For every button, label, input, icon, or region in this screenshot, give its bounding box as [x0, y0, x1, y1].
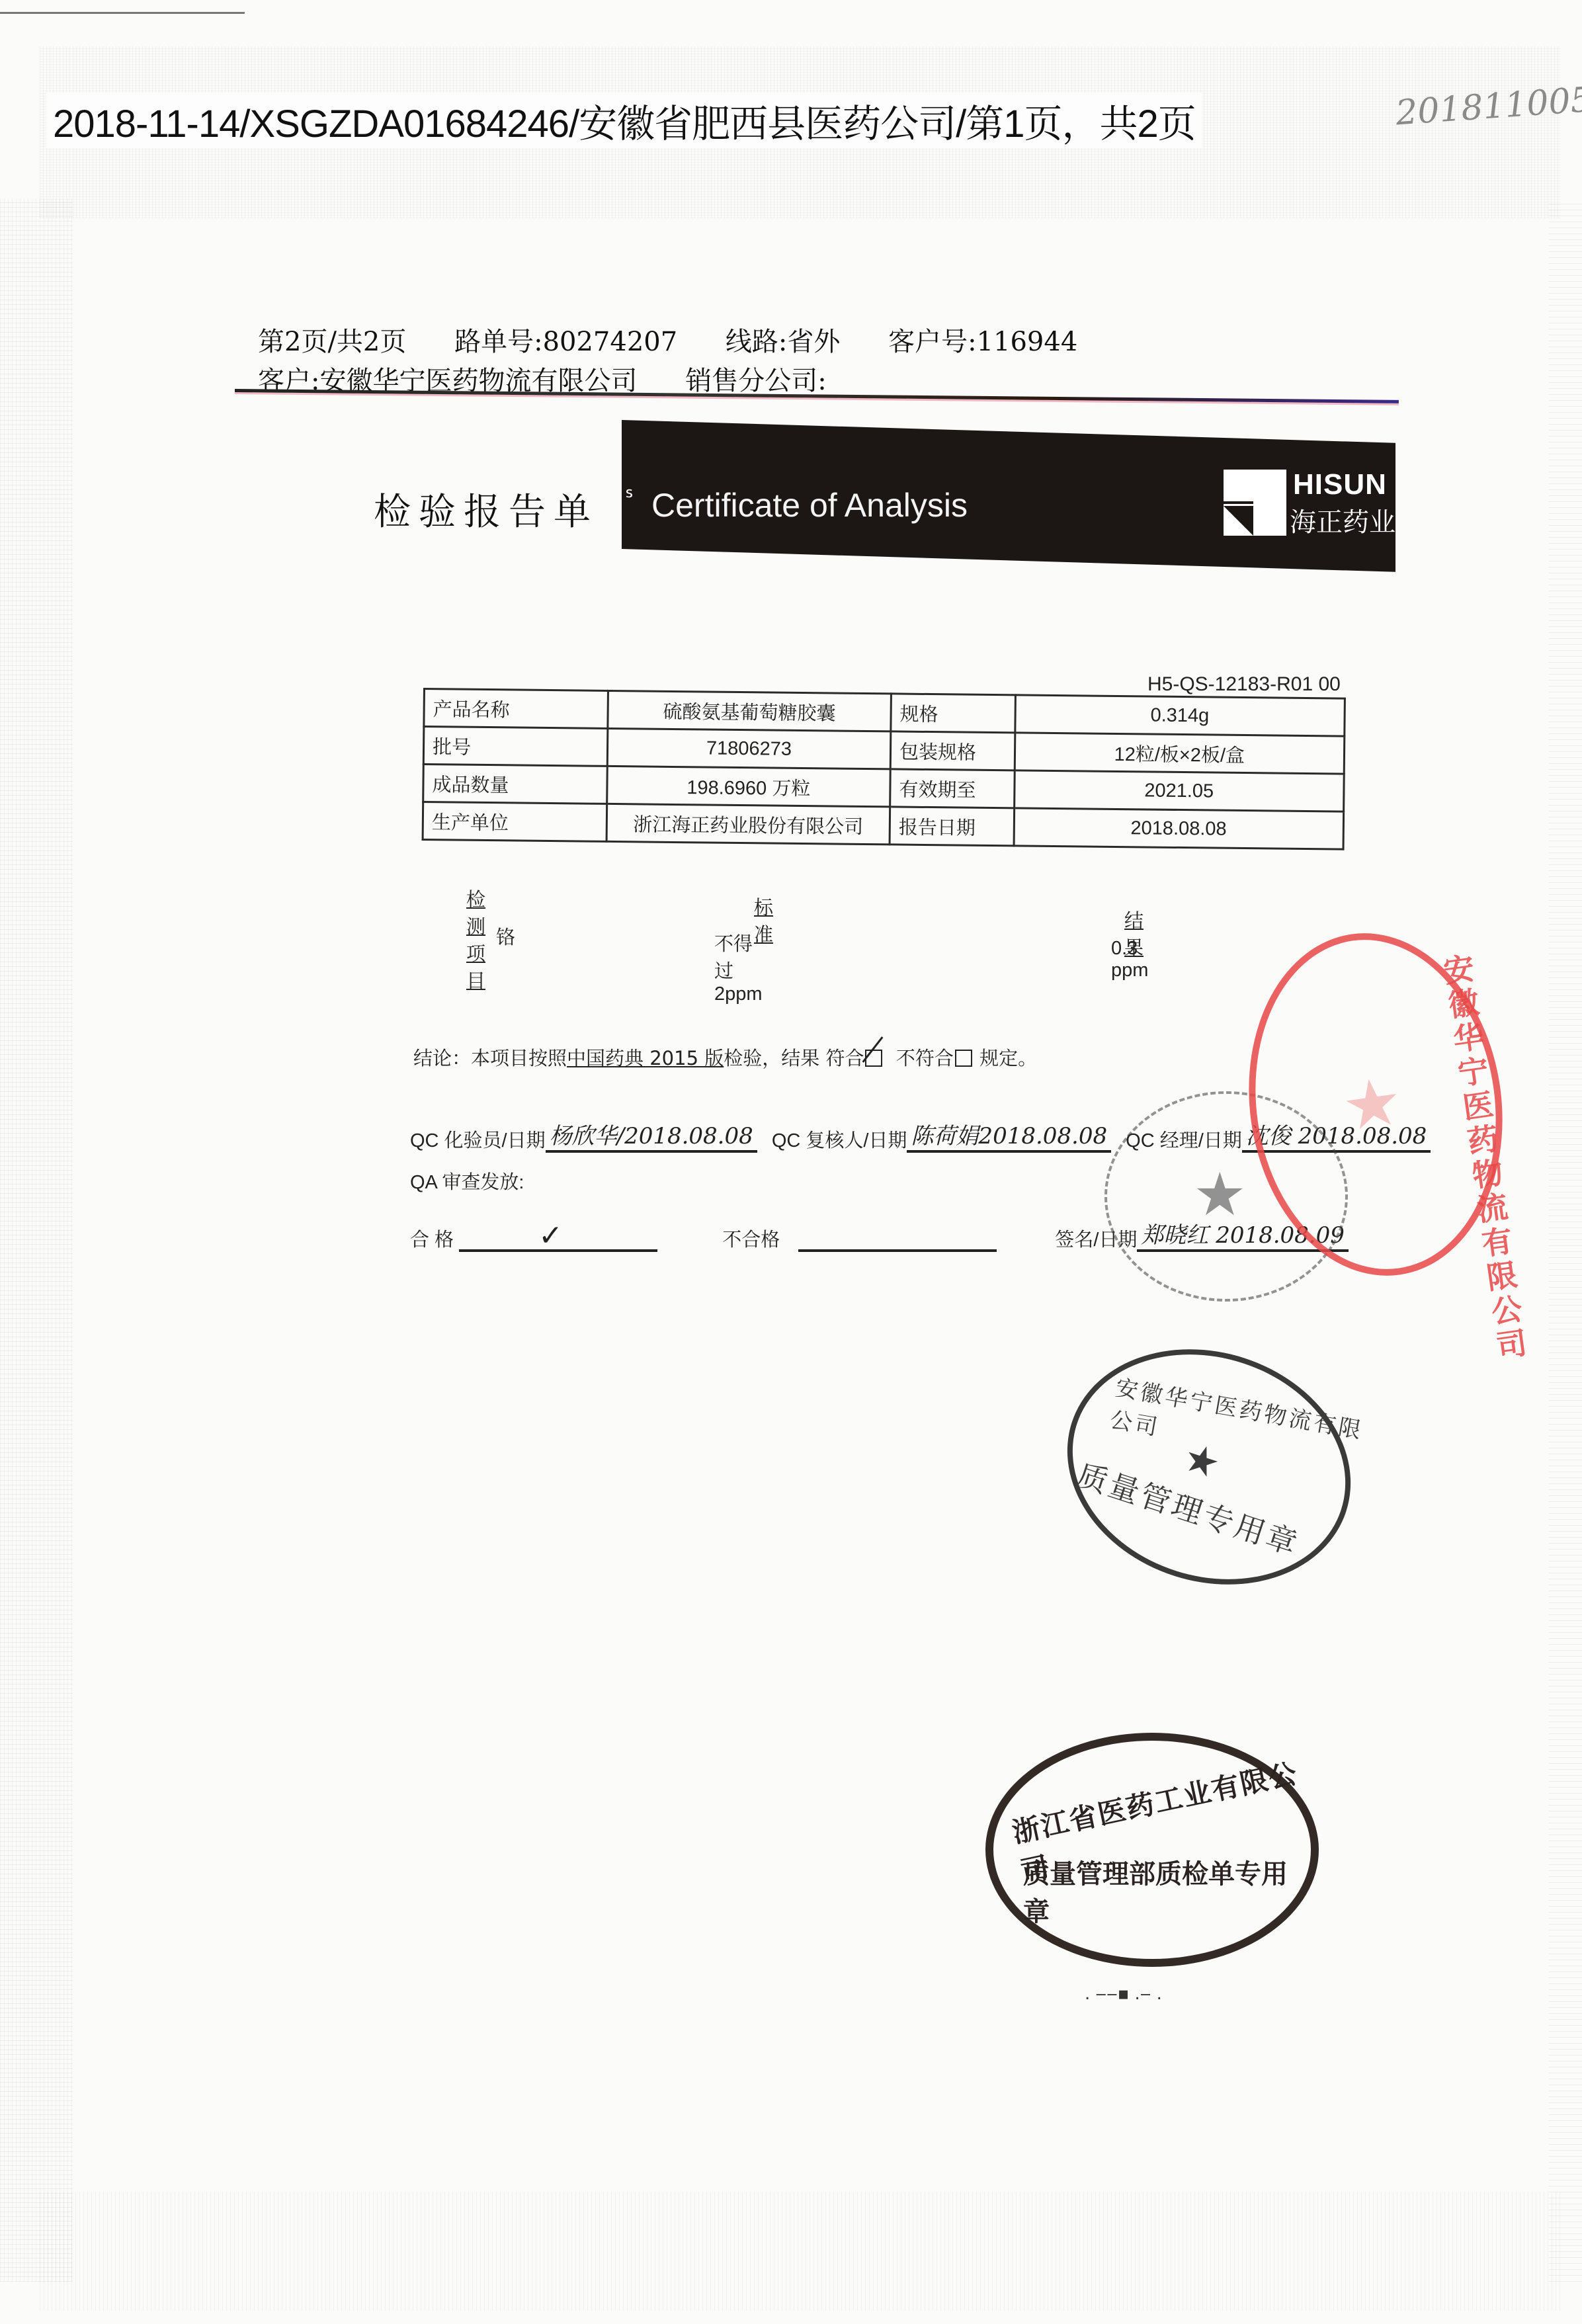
hisun-logo-icon — [1224, 470, 1286, 536]
customer-number: 116944 — [977, 327, 1078, 357]
title-cn: 检验报告单 — [374, 483, 599, 536]
test-item-header: 检测项目 — [466, 885, 485, 993]
banner-mark-icon: ᔆ — [625, 486, 634, 509]
conclusion-suffix: 规定。 — [979, 1047, 1037, 1069]
expiry-value: 2021.05 — [1014, 770, 1344, 811]
scan-noise-left — [0, 198, 73, 2282]
conclusion-prefix: 结论：本项目按照 — [413, 1047, 567, 1069]
document-code: H5-QS-12183-R01 00 — [1147, 673, 1341, 696]
qc-analyst-label: QC 化验员/日期 — [410, 1130, 546, 1151]
fail-label: 不合格 — [722, 1229, 780, 1251]
customer-number-field: 客户号:116944 — [888, 327, 1077, 357]
test-item-value: 铬 — [496, 923, 515, 950]
title-en: Certificate of Analysis — [651, 486, 968, 524]
checkmark-icon: ✓ — [538, 1219, 563, 1253]
manufacturer-value: 浙江海正药业股份有限公司 — [606, 804, 890, 844]
fail-line — [798, 1225, 997, 1252]
brand-name-en: HISUN — [1293, 468, 1387, 501]
product-name-label: 产品名称 — [424, 689, 608, 729]
seal-top-text: 安徽华宁医药物流有限公司 — [1108, 1370, 1366, 1477]
product-info-table: 产品名称 硫酸氨基葡萄糖胶囊 规格 0.314g 批号 71806273 包装规… — [422, 688, 1346, 851]
manufacturer-label: 生产单位 — [423, 802, 606, 842]
route-field: 线路:省外 — [726, 327, 840, 357]
brand-name-cn: 海正药业 — [1290, 501, 1395, 539]
result-value: 0.3 ppm — [1111, 938, 1148, 981]
batch-value: 71806273 — [607, 728, 891, 768]
report-date-value: 2018.08.08 — [1014, 808, 1344, 849]
route-value: 省外 — [787, 327, 840, 357]
scan-noise-bottom — [40, 2192, 1561, 2311]
spec-label: 规格 — [891, 694, 1015, 733]
page-indicator: 第2页/共2页 — [258, 327, 406, 357]
customer-number-label: 客户号: — [888, 327, 976, 357]
scan-noise-right — [1549, 198, 1582, 2282]
quantity-label: 成品数量 — [423, 765, 607, 804]
not-comply-label: 不符合 — [896, 1047, 954, 1069]
top-rule — [0, 12, 245, 14]
conclusion: 结论：本项目按照中国药典 2015 版检验，结果 符合 不符合 规定。 — [413, 1044, 1037, 1071]
route-label: 线路: — [726, 327, 787, 357]
route-info: 第2页/共2页 路单号:80274207 线路:省外 客户号:116944 客户… — [258, 321, 1117, 397]
qa-release-label: QA 审查发放: — [410, 1167, 524, 1194]
waybill-label: 路单号: — [454, 327, 542, 357]
conclusion-middle: 检验，结果 符合 — [724, 1047, 864, 1069]
qc-analyst-signature: 杨欣华/2018.08.08 — [546, 1118, 757, 1153]
branch-label: 销售分公司: — [685, 366, 826, 396]
seal-bottom-text: 质量管理部质检单专用章 — [1023, 1853, 1311, 1929]
product-name-value: 硫酸氨基葡萄糖胶囊 — [608, 690, 892, 731]
report-date-label: 报告日期 — [890, 807, 1014, 846]
scan-artifact: . ‒‒▪ .‒ . — [1085, 1984, 1162, 2004]
pass-label: 合 格 — [410, 1229, 454, 1251]
package-spec-value: 12粒/板×2板/盒 — [1015, 733, 1345, 774]
pharmacopoeia: 中国药典 2015 版 — [567, 1047, 724, 1069]
waybill-field: 路单号:80274207 — [454, 327, 677, 357]
branch-field: 销售分公司: — [685, 366, 826, 396]
qc-reviewer-signature: 陈荷娟2018.08.08 — [907, 1118, 1111, 1153]
waybill-number: 80274207 — [543, 327, 678, 357]
expiry-label: 有效期至 — [890, 769, 1015, 808]
package-spec-label: 包装规格 — [890, 731, 1015, 770]
seal-star-icon: ★ — [1193, 1160, 1247, 1229]
quality-management-seal: 安徽华宁医药物流有限公司 ★ 质量管理专用章 — [1036, 1313, 1382, 1620]
comply-checkbox[interactable] — [865, 1050, 882, 1067]
manufacturer-qc-seal: 浙江省医药工业有限公司 质量管理部质检单专用章 — [985, 1733, 1319, 1967]
seal-star-icon: ★ — [1337, 1061, 1407, 1146]
red-seal-text: 安徽华宁医药物流有限公司 — [1442, 951, 1525, 1363]
spec-value: 0.314g — [1015, 695, 1345, 736]
pass-line: ✓ — [459, 1225, 657, 1252]
batch-label: 批号 — [423, 727, 607, 767]
quantity-value: 198.6960 万粒 — [606, 766, 890, 806]
qc-reviewer-label: QC 复核人/日期 — [772, 1130, 907, 1151]
fax-header: 2018-11-14/XSGZDA01684246/安徽省肥西县医药公司/第1页… — [46, 93, 1202, 148]
not-comply-checkbox[interactable] — [955, 1050, 972, 1067]
standard-value: 不得过 2ppm — [714, 929, 763, 1005]
